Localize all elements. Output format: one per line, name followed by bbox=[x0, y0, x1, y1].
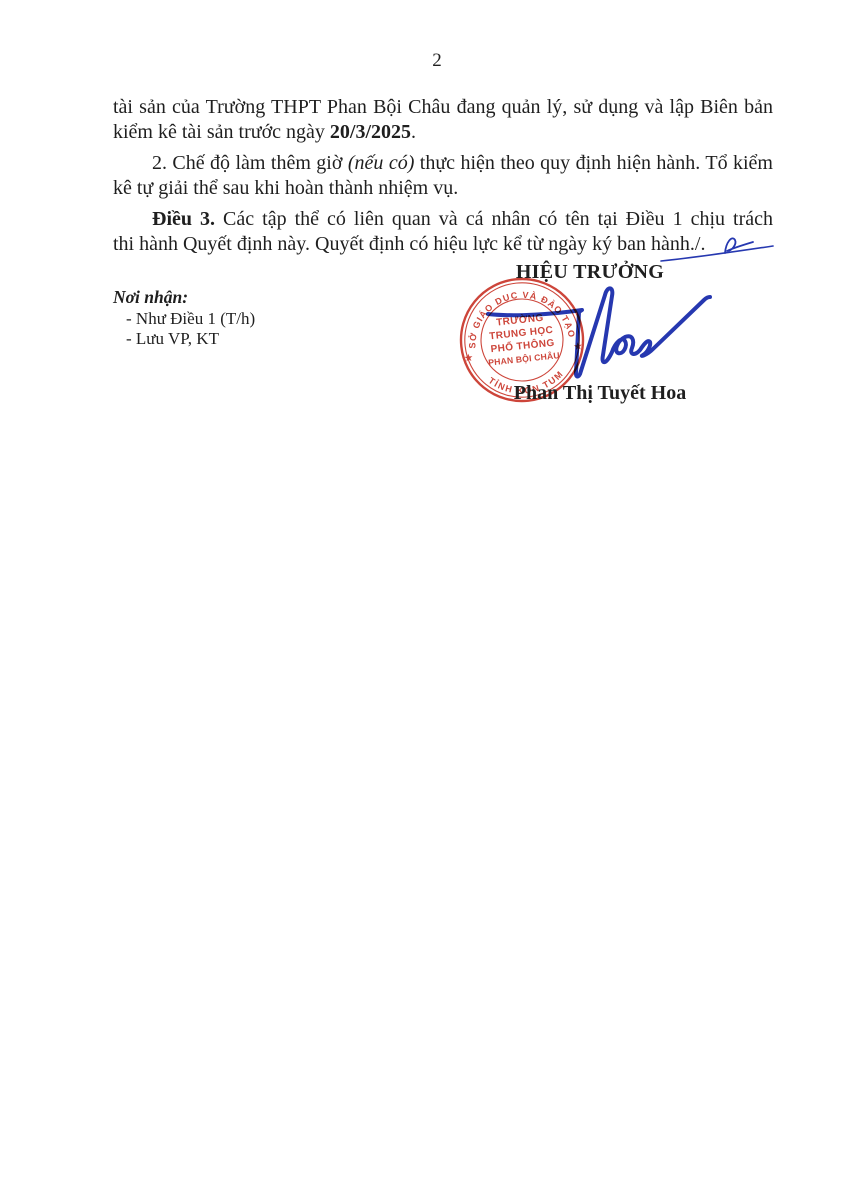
body-line: kê tự giải thể sau khi hoàn thành nhiệm … bbox=[113, 176, 773, 201]
paraph-underline-stroke bbox=[661, 246, 773, 261]
paragraph-1: tài sản của Trường THPT Phan Bội Châu đa… bbox=[113, 95, 773, 146]
text-run: kiểm kê tài sản trước ngày bbox=[113, 121, 330, 143]
text-run: . bbox=[411, 121, 416, 143]
recipients-block: Nơi nhận: - Như Điều 1 (T/h) - Lưu VP, K… bbox=[113, 287, 393, 348]
document-page: 2 tài sản của Trường THPT Phan Bội Châu … bbox=[0, 0, 848, 1200]
recipient-item: - Lưu VP, KT bbox=[113, 329, 393, 349]
text-run: kê tự giải thể sau khi hoàn thành nhiệm … bbox=[113, 177, 458, 199]
text-run: 2. Chế độ làm thêm giờ bbox=[152, 152, 348, 174]
text-run-bold-date: 20/3/2025 bbox=[330, 121, 411, 143]
text-run-italic: (nếu có) bbox=[348, 152, 415, 174]
signature-stroke bbox=[488, 288, 710, 376]
body-line: 2. Chế độ làm thêm giờ (nếu có) thực hiệ… bbox=[113, 151, 773, 176]
text-run: tài sản của Trường THPT Phan Bội Châu đa… bbox=[113, 96, 773, 118]
signer-name: Phan Thị Tuyết Hoa bbox=[450, 382, 750, 405]
recipients-label: Nơi nhận: bbox=[113, 287, 393, 307]
signature-paraph bbox=[655, 226, 780, 271]
body-line: kiểm kê tài sản trước ngày 20/3/2025. bbox=[113, 120, 773, 145]
body-line: tài sản của Trường THPT Phan Bội Châu đa… bbox=[113, 95, 773, 120]
paragraph-2: 2. Chế độ làm thêm giờ (nếu có) thực hiệ… bbox=[113, 151, 773, 202]
text-run: thi hành Quyết định này. Quyết định có h… bbox=[113, 233, 705, 255]
page-number: 2 bbox=[0, 50, 848, 72]
text-run-bold-article: Điều 3. bbox=[152, 208, 215, 230]
text-run: thực hiện theo quy định hiện hành. Tổ ki… bbox=[414, 152, 773, 174]
recipient-item: - Như Điều 1 (T/h) bbox=[113, 309, 393, 329]
